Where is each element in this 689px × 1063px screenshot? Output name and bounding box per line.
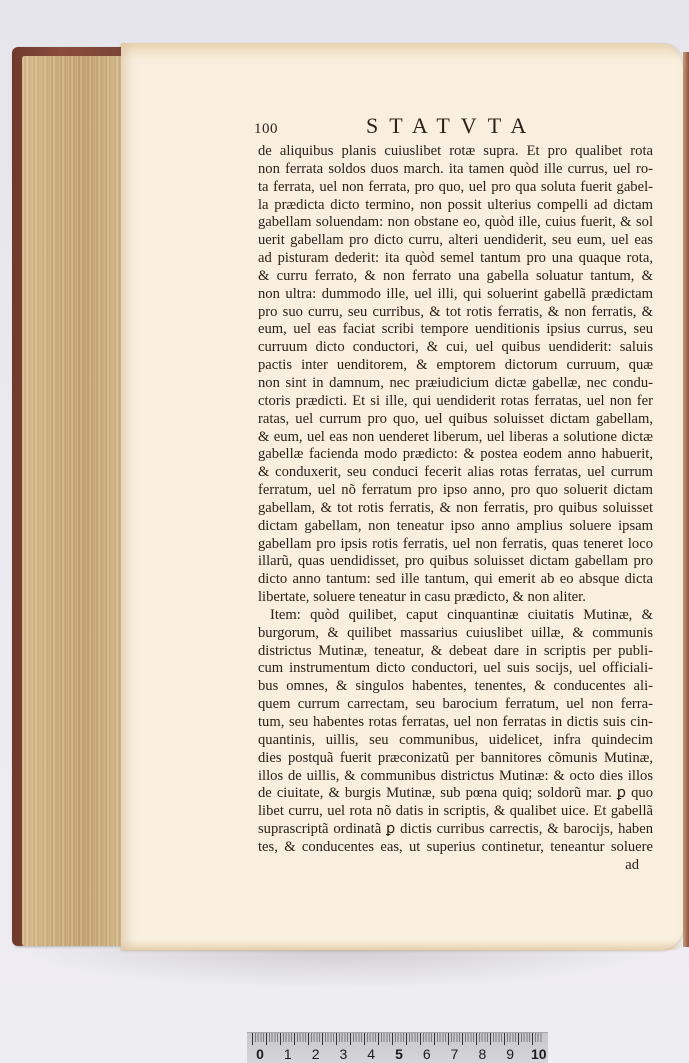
facing-cover-edge [683, 52, 689, 947]
text-line: quem currum carrectam, seu barocium ferr… [258, 696, 653, 714]
text-line: pro suo curru, seu curribus, & tot rotis… [258, 304, 653, 322]
ruler-label: 0 [253, 1046, 267, 1063]
text-line: gabellæ facienda modo prædicto: & postea… [258, 446, 653, 464]
book-shadow [16, 948, 656, 988]
text-line: ad pisturam dederit: ita quòd semel tant… [258, 250, 653, 268]
ruler-label: 2 [309, 1046, 323, 1063]
text-line: quantinis, uillis, seu communibus, uidel… [258, 732, 653, 750]
text-line: & curru ferrato, & non ferrato una gabel… [258, 268, 653, 286]
text-line: de aliquibus planis cuiuslibet rotæ supr… [258, 143, 653, 161]
text-line: illarũ, quas uendidisset, pro quibus sol… [258, 553, 653, 571]
text-line: dies postquã fuerit præconizatũ per bann… [258, 750, 653, 768]
text-line: curruum dicto conductori, & cui, uel qui… [258, 339, 653, 357]
text-line: non ultra: dummodo ille, uel illi, qui s… [258, 286, 653, 304]
text-line: bus omnes, & singulos habentes, tenentes… [258, 678, 653, 696]
text-line: cum instrumentum dicto conductori, uel s… [258, 660, 653, 678]
body-text: de aliquibus planis cuiuslibet rotæ supr… [258, 143, 653, 875]
ruler-label: 1 [281, 1046, 295, 1063]
catchword: ad [258, 857, 653, 875]
ruler-label: 7 [448, 1046, 462, 1063]
text-line: libet curru, uel rota nõ datis in script… [258, 803, 653, 821]
ruler-label: 3 [336, 1046, 350, 1063]
text-line: gabellam, & tot rotis ferratis, & non fe… [258, 500, 653, 518]
measurement-ruler: 0 1 2 3 4 5 6 7 8 9 10 [247, 1032, 548, 1063]
running-title: STATVTA [366, 113, 537, 139]
page-header: 100 STATVTA [254, 113, 654, 141]
ruler-label: 8 [475, 1046, 489, 1063]
text-line: ferratum, uel nõ ferratum pro ipso anno,… [258, 482, 653, 500]
ruler-major-ticks [252, 1033, 543, 1045]
page-number: 100 [254, 121, 278, 138]
text-line: suprascriptã ordinatã ꝑ dictis curribus … [258, 821, 653, 839]
ruler-label: 9 [503, 1046, 517, 1063]
ruler-label: 10 [531, 1046, 545, 1063]
text-line-paragraph-end: libertate, soluere teneatur in casu præd… [258, 589, 653, 607]
text-line: eum, uel eas faciat scribi tempore uendi… [258, 321, 653, 339]
text-line: pactis inter uenditorem, & emptorem dict… [258, 357, 653, 375]
text-line: illos de uillis, & communibus districtus… [258, 768, 653, 786]
ruler-label: 5 [392, 1046, 406, 1063]
text-line: non ferrata soldos duos march. ita tamen… [258, 161, 653, 179]
text-line: dicto anno tantum: sed ille tantum, qui … [258, 571, 653, 589]
text-line: gabellam pro ipsis rotis ferratis, uel n… [258, 536, 653, 554]
text-line: ratas, uel currum pro quo, uel quibus so… [258, 411, 653, 429]
text-line: ta ferrata, uel non ferrata, pro quo, ue… [258, 179, 653, 197]
ruler-labels: 0 1 2 3 4 5 6 7 8 9 10 [247, 1046, 548, 1063]
text-line: districtus Mutinæ, teneatur, & debeat da… [258, 643, 653, 661]
text-line: ctoris prædicti. Et si ille, qui uendide… [258, 393, 653, 411]
text-line: dictam gabellam, non teneatur ipso anno … [258, 518, 653, 536]
text-line: & eum, uel eas non uenderet liberum, uel… [258, 429, 653, 447]
text-line: gabellam soluendam: non obstane eo, quòd… [258, 214, 653, 232]
text-line: la prædicta dicto termino, non possit ul… [258, 197, 653, 215]
text-line: uerit gabellam pro dicto curru, alteri u… [258, 232, 653, 250]
text-line: tes, & conducentes eas, ut superius cont… [258, 839, 653, 857]
text-line-paragraph-start: Item: quòd quilibet, caput cinquantinæ c… [258, 607, 653, 625]
ruler-label: 4 [364, 1046, 378, 1063]
text-line: tum, seu habentes rotas ferratas, uel no… [258, 714, 653, 732]
ruler-label: 6 [420, 1046, 434, 1063]
text-line: burgorum, & quilibet massarius cuiuslibe… [258, 625, 653, 643]
page-stack-edges [22, 56, 124, 946]
text-line: & conduxerit, seu conduci fecerit alias … [258, 464, 653, 482]
text-line: de ciuitate, & burgis Mutinæ, sub pœna q… [258, 785, 653, 803]
text-line: non sint in damnum, nec præiudicium dict… [258, 375, 653, 393]
